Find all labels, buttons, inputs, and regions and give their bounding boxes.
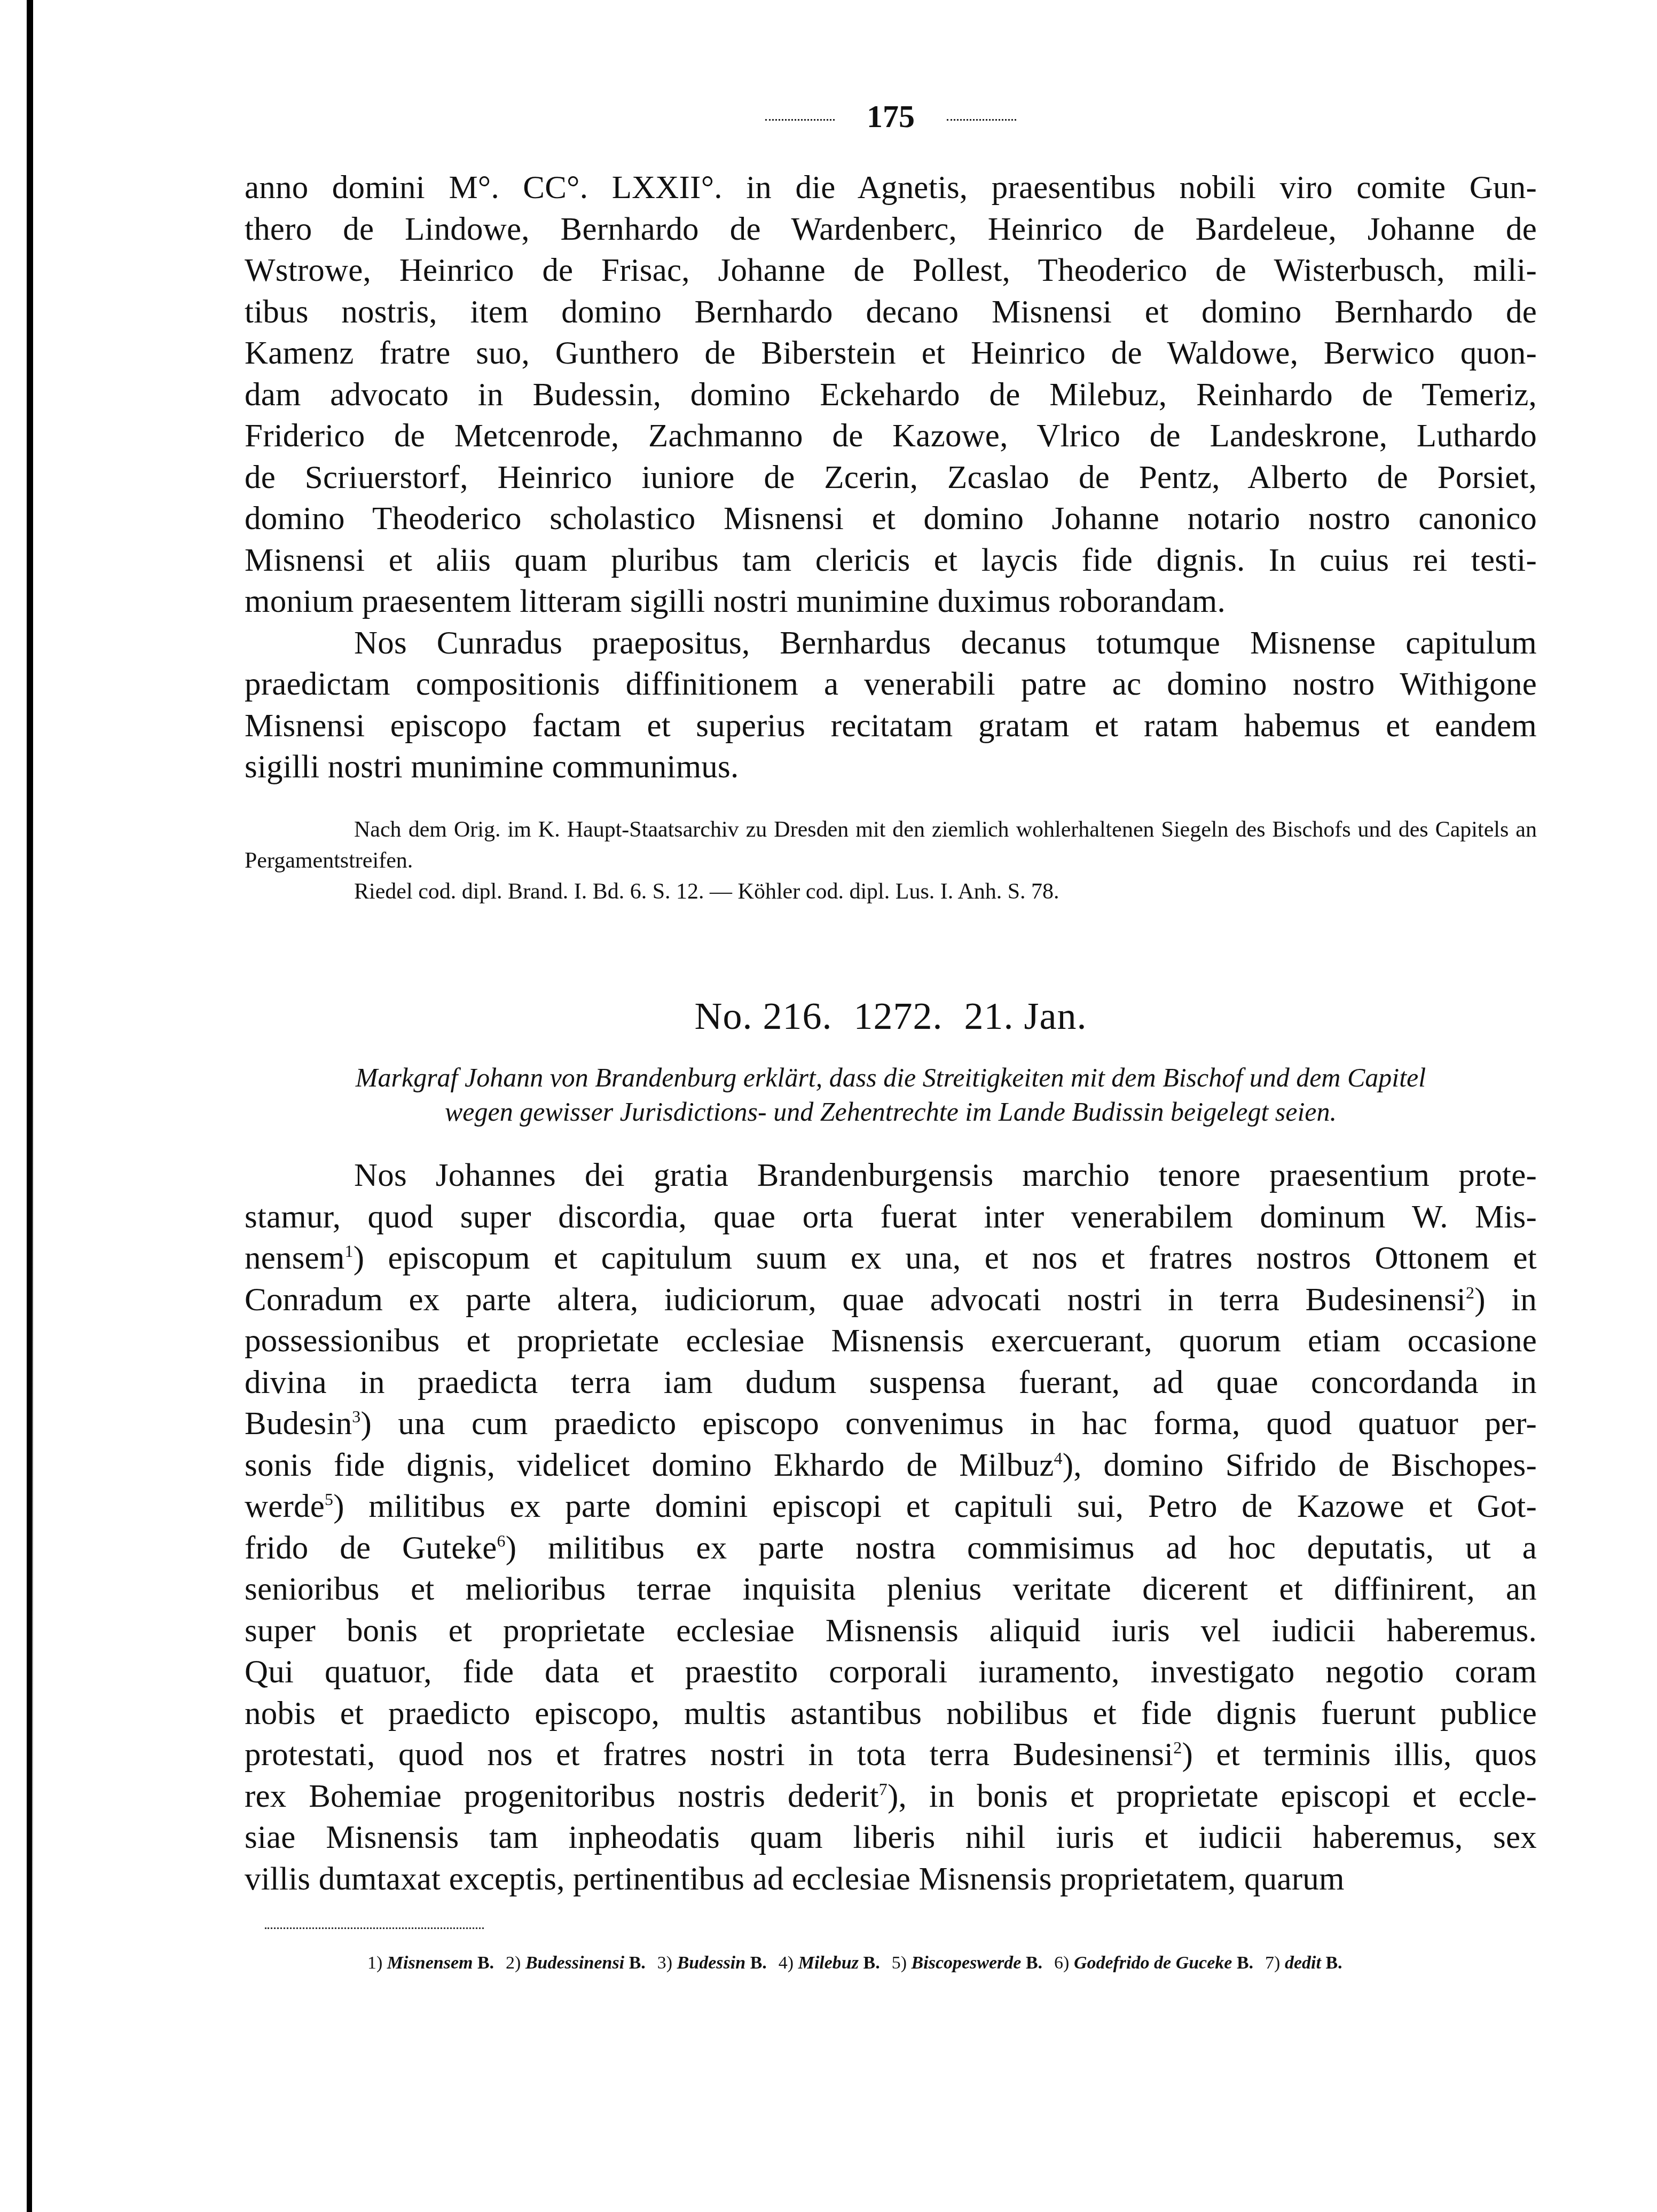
footnote-variant-reading: Budessinensi [525,1953,629,1973]
footnote-number: 3) [657,1953,677,1973]
text-line: super bonis et proprietate ecclesiae Mis… [245,1610,1537,1652]
footnote-marker: 4 [1054,1449,1063,1468]
footnote-siglum: B. [1325,1953,1342,1973]
binding-shadow-edge [32,0,33,2212]
paragraph-chapter-confirmation: Nos Cunradus praepositus, Bernhardus dec… [245,623,1537,788]
text-line: Nos Cunradus praepositus, Bernhardus dec… [245,623,1537,664]
text-line: sonis fide dignis, videlicet domino Ekha… [245,1445,1537,1486]
text-line: Wstrowe, Heinrico de Frisac, Johanne de … [245,250,1537,292]
footnote-marker: 5 [325,1490,333,1509]
text-line: de Scriuerstorf, Heinrico iuniore de Zce… [245,457,1537,499]
footnote-variant-reading: Misnensem [387,1953,477,1973]
footnote-siglum: B. [477,1953,494,1973]
document-summary: Markgraf Johann von Brandenburg erklärt,… [245,1060,1537,1129]
text-line: werde5) militibus ex parte domini episco… [245,1486,1537,1528]
source-note-original: Nach dem Orig. im K. Haupt-Staatsarchiv … [245,814,1537,876]
footnotes: 1) Misnensem B.2) Budessinensi B.3) Bude… [367,1951,1649,1975]
document-year: 1272. [854,995,943,1037]
text-line: stamur, quod super discordia, quae orta … [245,1196,1537,1238]
footnote-variant-reading: Milebuz [798,1953,863,1973]
previous-document-conclusion: anno domini M°. CC°. LXXII°. in die Agne… [245,167,1537,788]
text-line: protestati, quod nos et fratres nostri i… [245,1734,1537,1776]
summary-line: wegen gewisser Jurisdictions- und Zehent… [245,1095,1537,1129]
document-body: Nos Johannes dei gratia Brandenburgensis… [245,1155,1537,1900]
text-line: Misnensi episcopo factam et superius rec… [245,705,1537,747]
footnote-siglum: B. [750,1953,767,1973]
footnote-marker: 6 [497,1531,505,1550]
source-note-line: Riedel cod. dipl. Brand. I. Bd. 6. S. 12… [354,879,1059,904]
footnote-number: 4) [779,1953,798,1973]
footnote: 2) Budessinensi B. [506,1953,646,1973]
text-line: frido de Guteke6) militibus ex parte nos… [245,1528,1537,1569]
text-line: thero de Lindowe, Bernhardo de Wardenber… [245,209,1537,250]
footnote-siglum: B. [1026,1953,1042,1973]
text-line: Misnensi et aliis quam pluribus tam cler… [245,540,1537,581]
document-number: No. 216. [695,995,833,1037]
footnote-number: 6) [1054,1953,1074,1973]
text-line: Budesin3) una cum praedicto episcopo con… [245,1403,1537,1445]
text-line: Friderico de Metcenrode, Zachmanno de Ka… [245,415,1537,457]
text-line: sigilli nostri munimine communimus. [245,746,1537,788]
text-line: praedictam compositionis diffinitionem a… [245,664,1537,705]
text-line: dam advocato in Budessin, domino Eckehar… [245,374,1537,416]
text-line: senioribus et melioribus terrae inquisit… [245,1569,1537,1610]
footnote-number: 1) [367,1953,387,1973]
footnote-siglum: B. [1237,1953,1253,1973]
text-line: monium praesentem litteram sigilli nostr… [245,581,1537,623]
text-line: anno domini M°. CC°. LXXII°. in die Agne… [245,167,1537,209]
footnote-siglum: B. [629,1953,646,1973]
footnote-variant-reading: Godefrido de Guceke [1074,1953,1237,1973]
document-date: 21. Jan. [964,995,1087,1037]
paragraph-witness-list: anno domini M°. CC°. LXXII°. in die Agne… [245,167,1537,623]
text-line: rex Bohemiae progenitoribus nostris dede… [245,1776,1537,1817]
footnote-variant-reading: Biscopeswerde [912,1953,1026,1973]
page-header: 175 [245,98,1537,135]
footnote-number: 2) [506,1953,525,1973]
text-line: nobis et praedicto episcopo, multis asta… [245,1693,1537,1735]
footnote: 1) Misnensem B. [367,1953,494,1973]
footnote: 5) Biscopeswerde B. [892,1953,1042,1973]
text-line: villis dumtaxat exceptis, pertinentibus … [245,1859,1537,1900]
text-line: Nos Johannes dei gratia Brandenburgensis… [245,1155,1537,1196]
source-note-editions: Riedel cod. dipl. Brand. I. Bd. 6. S. 12… [245,876,1537,907]
text-line: divina in praedicta terra iam dudum susp… [245,1362,1537,1404]
source-note-line: Nach dem Orig. im K. Haupt-Staatsarchiv … [354,817,1266,842]
text-line: siae Misnensis tam inpheodatis quam libe… [245,1817,1537,1859]
text-line: Kamenz fratre suo, Gunthero de Biberstei… [245,333,1537,374]
page-number-dash-right [947,119,1016,121]
text-line: domino Theoderico scholastico Misnensi e… [245,498,1537,540]
footnote-number: 5) [892,1953,912,1973]
footnote-marker: 2 [1466,1283,1474,1302]
footnote-separator [265,1927,484,1929]
footnote-number: 7) [1265,1953,1285,1973]
text-line: possessionibus et proprietate ecclesiae … [245,1320,1537,1362]
text-line: Qui quatuor, fide data et praestito corp… [245,1651,1537,1693]
text-line: tibus nostris, item domino Bernhardo dec… [245,292,1537,333]
text-line: Conradum ex parte altera, iudiciorum, qu… [245,1279,1537,1321]
document-heading: No. 216.1272.21. Jan. [245,992,1537,1040]
footnote-variant-reading: dedit [1285,1953,1325,1973]
footnote-marker: 3 [352,1407,360,1426]
text-line: nensem1) episcopum et capitulum suum ex … [245,1238,1537,1279]
page-number-dash-left [765,119,835,121]
footnote-variant-reading: Budessin [677,1953,750,1973]
footnote-marker: 1 [345,1241,354,1261]
document-body-paragraph: Nos Johannes dei gratia Brandenburgensis… [245,1155,1537,1900]
summary-line: Markgraf Johann von Brandenburg erklärt,… [245,1060,1537,1095]
footnote: 3) Budessin B. [657,1953,767,1973]
footnote-marker: 2 [1173,1738,1182,1757]
binding-shadow [27,0,32,2212]
source-notes: Nach dem Orig. im K. Haupt-Staatsarchiv … [245,814,1537,907]
footnote-marker: 7 [879,1780,888,1799]
footnote: 6) Godefrido de Guceke B. [1054,1953,1253,1973]
footnote: 4) Milebuz B. [779,1953,880,1973]
page-number: 175 [867,99,915,134]
footnote-siglum: B. [863,1953,880,1973]
footnote: 7) dedit B. [1265,1953,1342,1973]
